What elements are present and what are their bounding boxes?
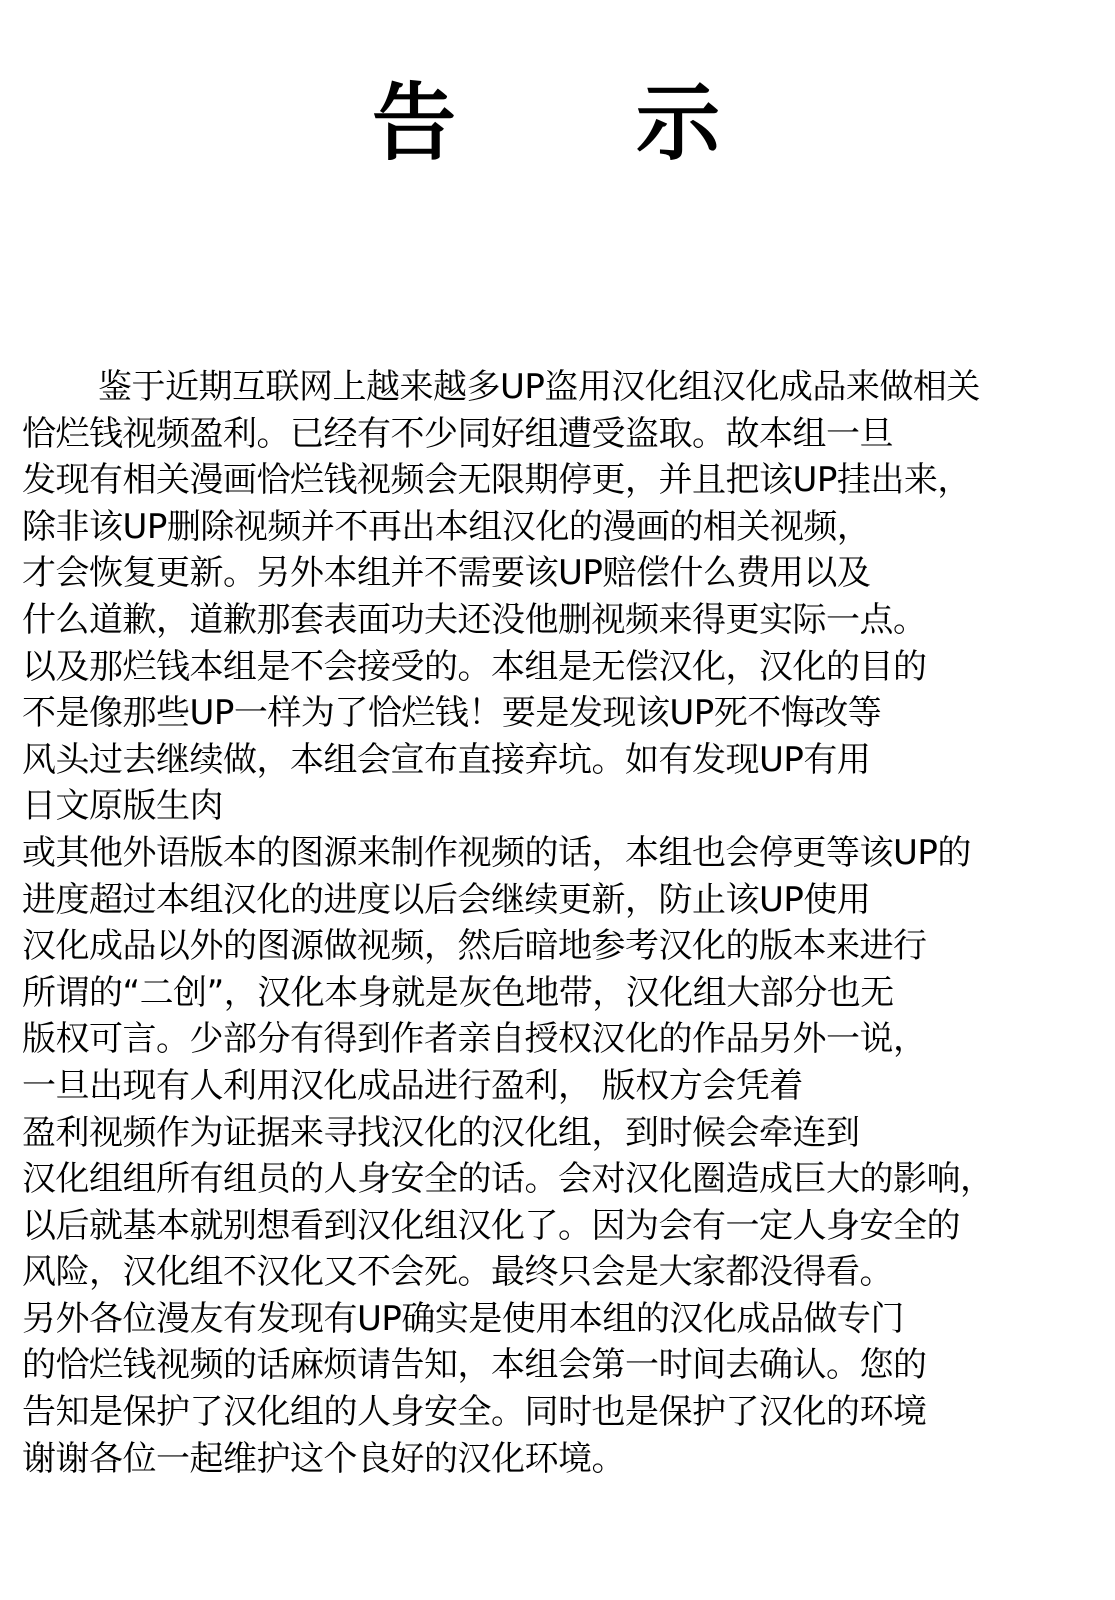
- body-line-1: 鉴于近期互联网上越来越多UP盗用汉化组汉化成品来做相关: [22, 364, 1112, 411]
- body-line-4: 除非该UP删除视频并不再出本组汉化的漫画的相关视频，: [22, 504, 1112, 551]
- notice-body: 鉴于近期互联网上越来越多UP盗用汉化组汉化成品来做相关 恰烂钱视频盈利。已经有不…: [22, 364, 1112, 1482]
- body-line-3: 发现有相关漫画恰烂钱视频会无限期停更，并且把该UP挂出来，: [22, 457, 1112, 504]
- body-line-11: 或其他外语版本的图源来制作视频的话，本组也会停更等该UP的: [22, 830, 1112, 877]
- body-line-12: 进度超过本组汉化的进度以后会继续更新，防止该UP使用: [22, 877, 1112, 924]
- body-line-8: 不是像那些UP一样为了恰烂钱！要是发现该UP死不悔改等: [22, 690, 1112, 737]
- body-line-15: 版权可言。少部分有得到作者亲自授权汉化的作品另外一说，: [22, 1016, 1112, 1063]
- body-line-18: 汉化组组所有组员的人身安全的话。会对汉化圈造成巨大的影响，: [22, 1156, 1112, 1203]
- body-line-13: 汉化成品以外的图源做视频，然后暗地参考汉化的版本来进行: [22, 923, 1112, 970]
- body-line-21: 另外各位漫友有发现有UP确实是使用本组的汉化成品做专门: [22, 1296, 1112, 1343]
- body-line-7: 以及那烂钱本组是不会接受的。本组是无偿汉化，汉化的目的: [22, 644, 1112, 691]
- body-line-9: 风头过去继续做，本组会宣布直接弃坑。如有发现UP有用: [22, 737, 1112, 784]
- body-line-20: 风险，汉化组不汉化又不会死。最终只会是大家都没得看。: [22, 1249, 1112, 1296]
- body-line-6: 什么道歉，道歉那套表面功夫还没他删视频来得更实际一点。: [22, 597, 1112, 644]
- title-char-2: 示: [636, 78, 720, 168]
- body-line-23: 告知是保护了汉化组的人身安全。同时也是保护了汉化的环境: [22, 1389, 1112, 1436]
- notice-title: 告 示: [0, 78, 1115, 168]
- body-line-10: 日文原版生肉: [22, 783, 1112, 830]
- body-line-24: 谢谢各位一起维护这个良好的汉化环境。: [22, 1436, 1112, 1483]
- title-char-1: 告: [372, 78, 456, 168]
- body-line-14: 所谓的“二创”，汉化本身就是灰色地带，汉化组大部分也无: [22, 970, 1112, 1017]
- body-line-5: 才会恢复更新。另外本组并不需要该UP赔偿什么费用以及: [22, 550, 1112, 597]
- body-line-19: 以后就基本就别想看到汉化组汉化了。因为会有一定人身安全的: [22, 1203, 1112, 1250]
- body-line-16: 一旦出现有人利用汉化成品进行盈利， 版权方会凭着: [22, 1063, 1112, 1110]
- body-line-17: 盈利视频作为证据来寻找汉化的汉化组，到时候会牵连到: [22, 1110, 1112, 1157]
- body-line-22: 的恰烂钱视频的话麻烦请告知，本组会第一时间去确认。您的: [22, 1342, 1112, 1389]
- body-line-2: 恰烂钱视频盈利。已经有不少同好组遭受盗取。故本组一旦: [22, 411, 1112, 458]
